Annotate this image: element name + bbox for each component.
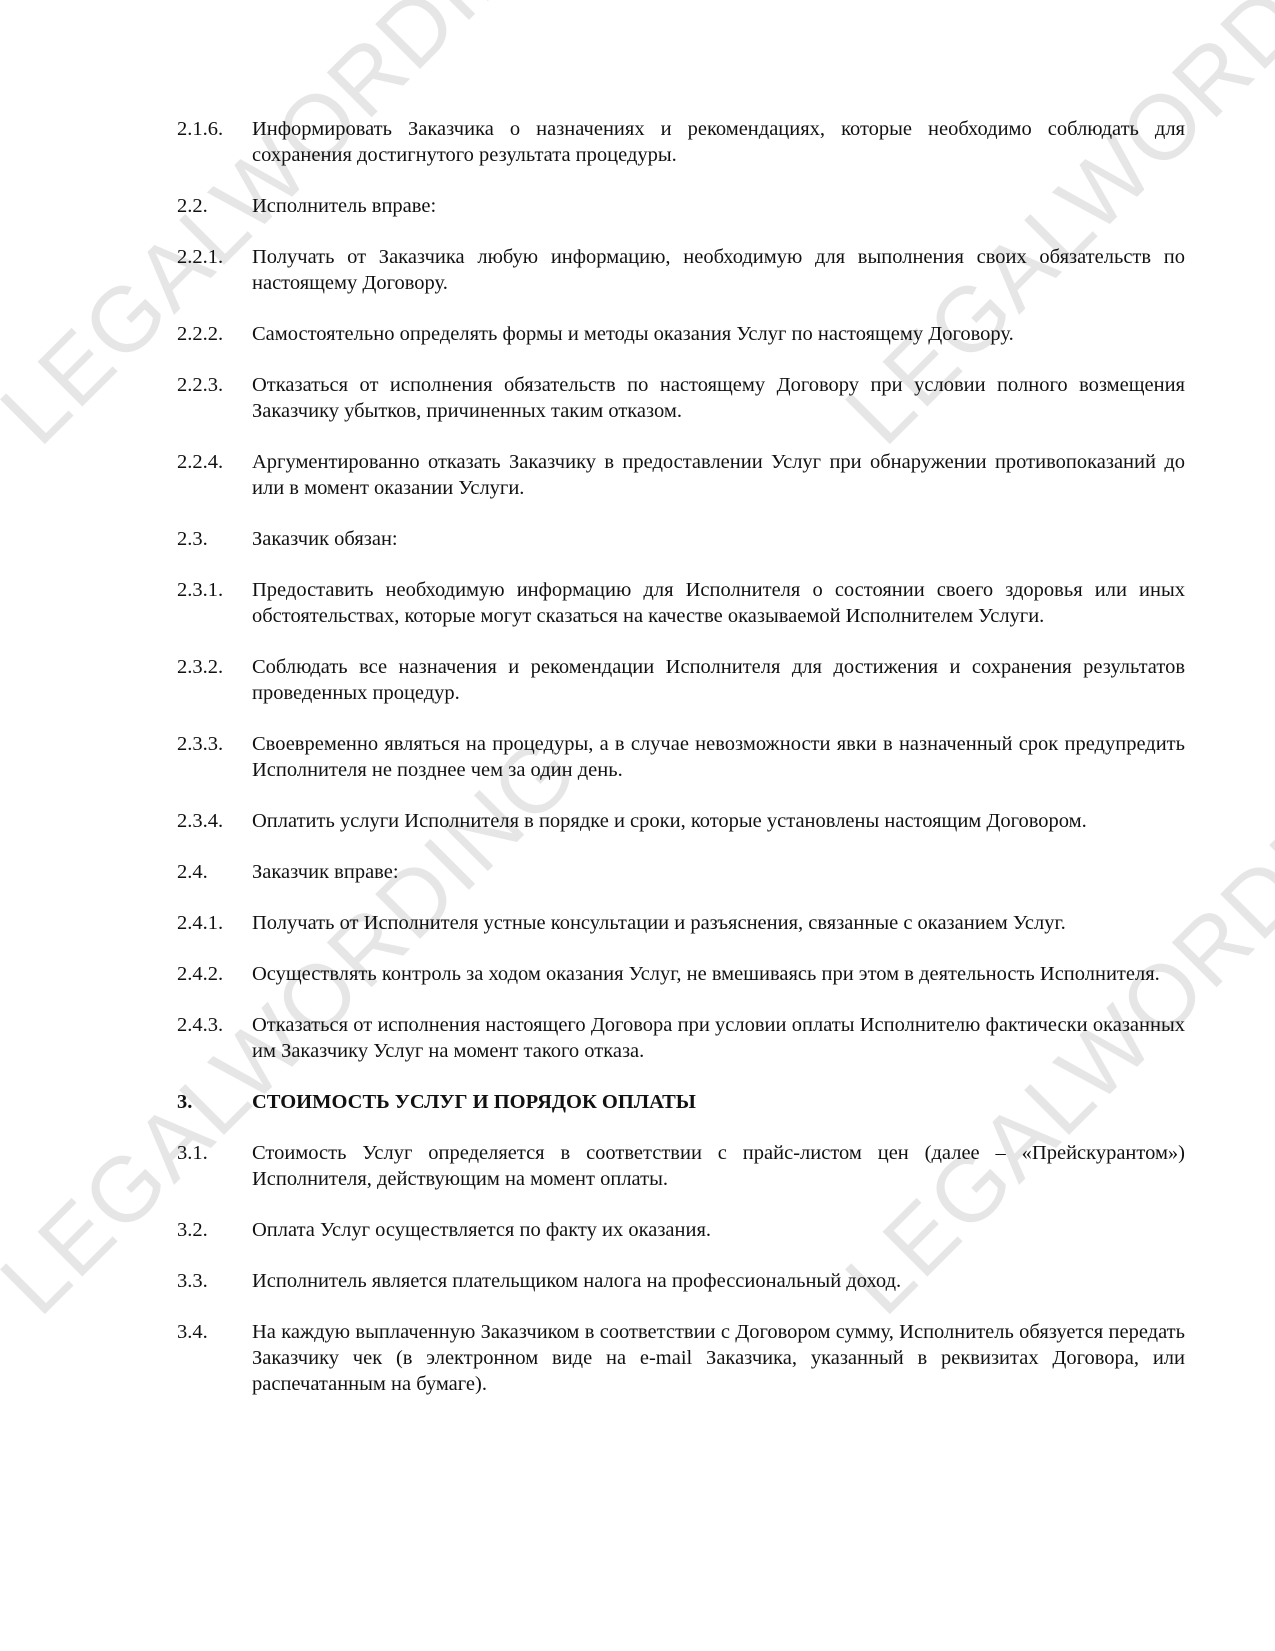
clause-number: 2.3.1. xyxy=(177,577,252,629)
clause-number: 2.4.1. xyxy=(177,910,252,936)
section-title: СТОИМОСТЬ УСЛУГ И ПОРЯДОК ОПЛАТЫ xyxy=(252,1089,1185,1115)
clause: 2.3.2.Соблюдать все назначения и рекомен… xyxy=(177,654,1185,706)
clause-text: Заказчик обязан: xyxy=(252,526,1185,552)
clause-text: Своевременно являться на процедуры, а в … xyxy=(252,731,1185,783)
clause: 2.2.3.Отказаться от исполнения обязатель… xyxy=(177,372,1185,424)
clause: 3.2.Оплата Услуг осуществляется по факту… xyxy=(177,1217,1185,1243)
clause-text: Оплатить услуги Исполнителя в порядке и … xyxy=(252,808,1185,834)
clause-number: 2.4.2. xyxy=(177,961,252,987)
clause: 2.4.Заказчик вправе: xyxy=(177,859,1185,885)
clause-text: Самостоятельно определять формы и методы… xyxy=(252,321,1185,347)
clause: 2.2.Исполнитель вправе: xyxy=(177,193,1185,219)
clause: 2.4.2.Осуществлять контроль за ходом ока… xyxy=(177,961,1185,987)
clause-number: 3.3. xyxy=(177,1268,252,1294)
clause-number: 3.2. xyxy=(177,1217,252,1243)
document-body: 2.1.6.Информировать Заказчика о назначен… xyxy=(177,116,1185,1422)
clause-text: Отказаться от исполнения настоящего Дого… xyxy=(252,1012,1185,1064)
clause-number: 3.4. xyxy=(177,1319,252,1397)
clause: 2.4.3.Отказаться от исполнения настоящег… xyxy=(177,1012,1185,1064)
section-heading: 3.СТОИМОСТЬ УСЛУГ И ПОРЯДОК ОПЛАТЫ xyxy=(177,1089,1185,1115)
clause-text: Отказаться от исполнения обязательств по… xyxy=(252,372,1185,424)
clause: 2.3.1.Предоставить необходимую информаци… xyxy=(177,577,1185,629)
clause-number: 2.3. xyxy=(177,526,252,552)
clause-text: Стоимость Услуг определяется в соответст… xyxy=(252,1140,1185,1192)
clause-number: 2.3.4. xyxy=(177,808,252,834)
clause-text: Заказчик вправе: xyxy=(252,859,1185,885)
clause: 3.3.Исполнитель является плательщиком на… xyxy=(177,1268,1185,1294)
clause-text: Исполнитель является плательщиком налога… xyxy=(252,1268,1185,1294)
clause-number: 2.2.2. xyxy=(177,321,252,347)
clause: 2.3.4.Оплатить услуги Исполнителя в поря… xyxy=(177,808,1185,834)
clause-number: 2.4. xyxy=(177,859,252,885)
clause-number: 2.4.3. xyxy=(177,1012,252,1064)
clause-number: 2.1.6. xyxy=(177,116,252,168)
clause-text: Предоставить необходимую информацию для … xyxy=(252,577,1185,629)
clause: 3.1.Стоимость Услуг определяется в соотв… xyxy=(177,1140,1185,1192)
clause-text: Соблюдать все назначения и рекомендации … xyxy=(252,654,1185,706)
clause-text: Исполнитель вправе: xyxy=(252,193,1185,219)
clause-text: Получать от Заказчика любую информацию, … xyxy=(252,244,1185,296)
clause: 2.2.4.Аргументированно отказать Заказчик… xyxy=(177,449,1185,501)
clause: 2.4.1.Получать от Исполнителя устные кон… xyxy=(177,910,1185,936)
clause: 2.3.Заказчик обязан: xyxy=(177,526,1185,552)
clause-number: 2.2.3. xyxy=(177,372,252,424)
clause: 2.3.3.Своевременно являться на процедуры… xyxy=(177,731,1185,783)
clause: 2.2.2.Самостоятельно определять формы и … xyxy=(177,321,1185,347)
clause-number: 2.2. xyxy=(177,193,252,219)
clause-text: На каждую выплаченную Заказчиком в соотв… xyxy=(252,1319,1185,1397)
clause-text: Информировать Заказчика о назначениях и … xyxy=(252,116,1185,168)
clause-number: 2.2.1. xyxy=(177,244,252,296)
clause: 2.1.6.Информировать Заказчика о назначен… xyxy=(177,116,1185,168)
clause-text: Аргументированно отказать Заказчику в пр… xyxy=(252,449,1185,501)
clause: 2.2.1.Получать от Заказчика любую информ… xyxy=(177,244,1185,296)
clause-text: Получать от Исполнителя устные консульта… xyxy=(252,910,1185,936)
clause-number: 2.2.4. xyxy=(177,449,252,501)
clause-text: Оплата Услуг осуществляется по факту их … xyxy=(252,1217,1185,1243)
clause-number: 2.3.2. xyxy=(177,654,252,706)
clause: 3.4.На каждую выплаченную Заказчиком в с… xyxy=(177,1319,1185,1397)
clause-text: Осуществлять контроль за ходом оказания … xyxy=(252,961,1185,987)
clause-number: 3.1. xyxy=(177,1140,252,1192)
clause-number: 2.3.3. xyxy=(177,731,252,783)
document-page: LEGALWORDING LEGALWORDING LEGALWORDING L… xyxy=(0,0,1275,1651)
clause-number: 3. xyxy=(177,1089,252,1115)
